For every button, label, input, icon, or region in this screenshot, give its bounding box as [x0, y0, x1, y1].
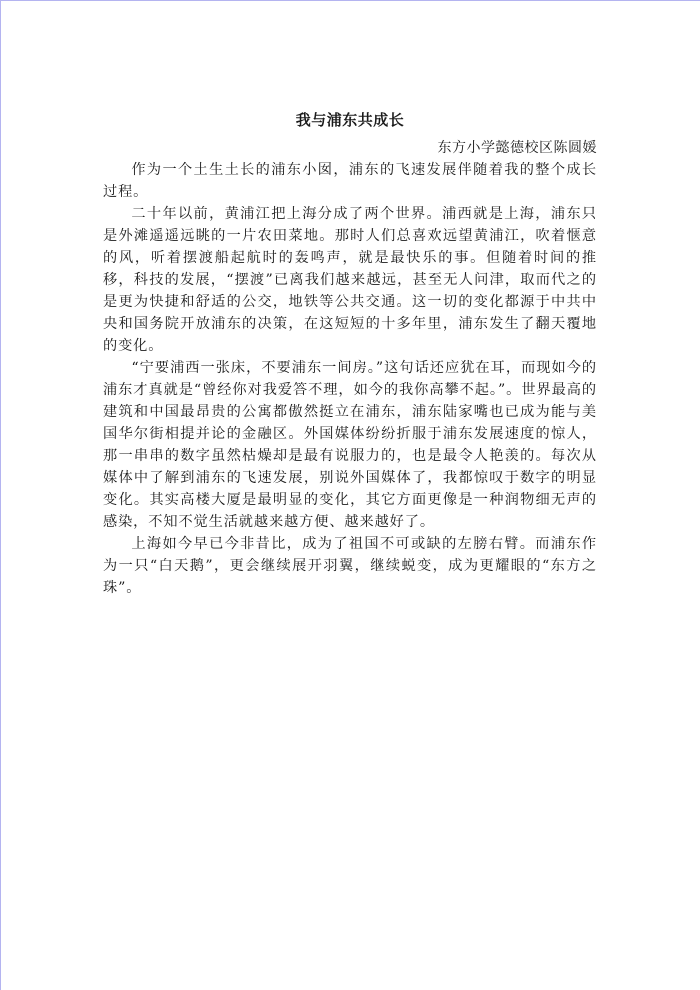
paragraph-3: “宁要浦西一张床，不要浦东一间房。”这句话还应犹在耳，而现如今的浦东才真就是“曾… [103, 357, 597, 533]
document-page: 我与浦东共成长 东方小学懿德校区陈圆媛 作为一个土生土长的浦东小囡，浦东的飞速发… [103, 109, 597, 599]
paragraph-1: 作为一个土生土长的浦东小囡，浦东的飞速发展伴随着我的整个成长过程。 [103, 159, 597, 203]
paragraph-4: 上海如今早已今非昔比，成为了祖国不可或缺的左膀右臂。而浦东作为一只“白天鹅”，更… [103, 533, 597, 599]
essay-title: 我与浦东共成长 [103, 109, 597, 131]
paragraph-2: 二十年以前，黄浦江把上海分成了两个世界。浦西就是上海，浦东只是外滩遥遥远眺的一片… [103, 203, 597, 357]
essay-author: 东方小学懿德校区陈圆媛 [103, 137, 597, 159]
